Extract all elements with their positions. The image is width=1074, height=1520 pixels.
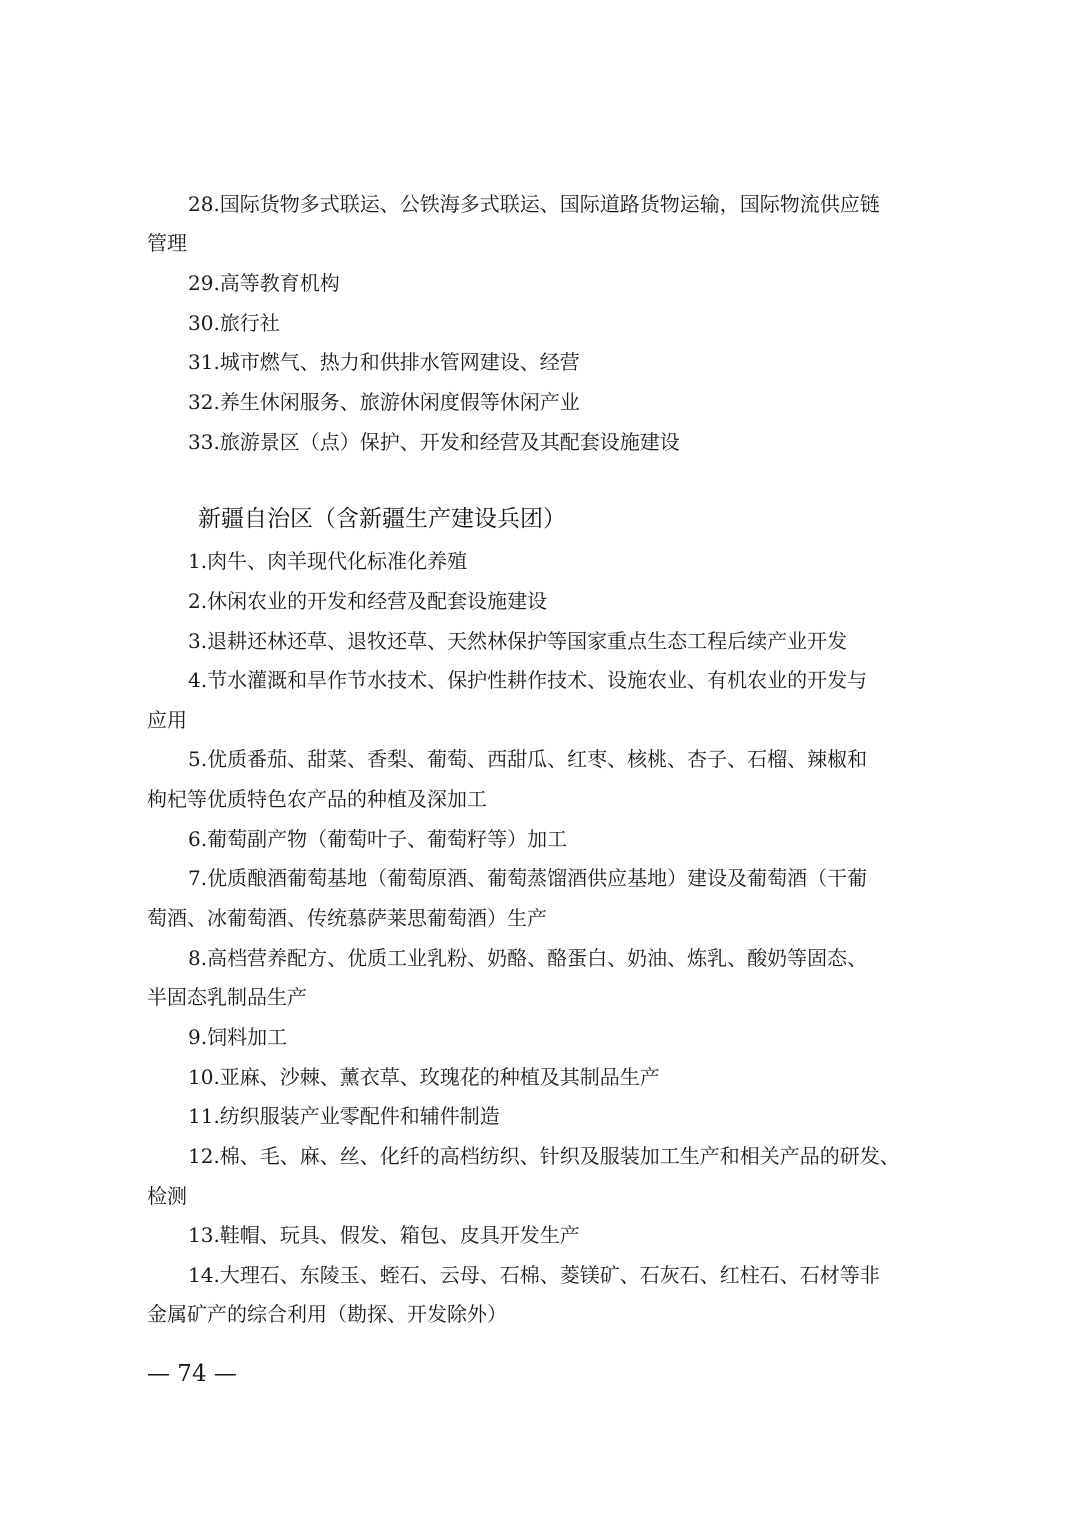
section-item-4-line-2: 应用: [147, 708, 187, 732]
section-item-8-line-1: 8.高档营养配方、优质工业乳粉、奶酪、酪蛋白、奶油、炼乳、酸奶等固态、: [188, 946, 867, 970]
section-item-12-line-1: 12.棉、毛、麻、丝、化纤的高档纺织、针织及服装加工生产和相关产品的研发、: [188, 1144, 900, 1168]
list-item-28-line-2: 管理: [147, 231, 187, 255]
list-item-30: 30.旅行社: [188, 311, 280, 335]
section-item-12-line-2: 检测: [147, 1184, 187, 1208]
section-item-14-line-1: 14.大理石、东陵玉、蛭石、云母、石棉、菱镁矿、石灰石、红柱石、石材等非: [188, 1263, 880, 1287]
section-item-5-line-2: 枸杞等优质特色农产品的种植及深加工: [147, 787, 487, 811]
section-item-3: 3.退耕还林还草、退牧还草、天然林保护等国家重点生态工程后续产业开发: [188, 629, 847, 653]
section-item-14-line-2: 金属矿产的综合利用（勘探、开发除外）: [147, 1302, 507, 1326]
section-item-4-line-1: 4.节水灌溉和旱作节水技术、保护性耕作技术、设施农业、有机农业的开发与: [188, 668, 867, 692]
section-item-7-line-1: 7.优质酿酒葡萄基地（葡萄原酒、葡萄蒸馏酒供应基地）建设及葡萄酒（干葡: [188, 866, 867, 890]
section-item-6: 6.葡萄副产物（葡萄叶子、葡萄籽等）加工: [188, 827, 567, 851]
document-page: 28.国际货物多式联运、公铁海多式联运、国际道路货物运输，国际物流供应链 管理 …: [0, 0, 1074, 1520]
list-item-32: 32.养生休闲服务、旅游休闲度假等休闲产业: [188, 390, 580, 414]
section-item-10: 10.亚麻、沙棘、薰衣草、玫瑰花的种植及其制品生产: [188, 1065, 660, 1089]
list-item-33: 33.旅游景区（点）保护、开发和经营及其配套设施建设: [188, 430, 680, 454]
section-item-1: 1.肉牛、肉羊现代化标准化养殖: [188, 549, 467, 573]
section-item-8-line-2: 半固态乳制品生产: [147, 985, 307, 1009]
section-item-5-line-1: 5.优质番茄、甜菜、香梨、葡萄、西甜瓜、红枣、核桃、杏子、石榴、辣椒和: [188, 747, 867, 771]
list-item-31: 31.城市燃气、热力和供排水管网建设、经营: [188, 350, 580, 374]
section-item-2: 2.休闲农业的开发和经营及配套设施建设: [188, 589, 547, 613]
page-number: — 74 —: [147, 1360, 237, 1388]
section-item-13: 13.鞋帽、玩具、假发、箱包、皮具开发生产: [188, 1223, 580, 1247]
list-item-28-line-1: 28.国际货物多式联运、公铁海多式联运、国际道路货物运输，国际物流供应链: [188, 192, 880, 216]
section-item-7-line-2: 萄酒、冰葡萄酒、传统慕萨莱思葡萄酒）生产: [147, 906, 547, 930]
section-item-11: 11.纺织服装产业零配件和辅件制造: [188, 1104, 500, 1128]
section-heading: 新疆自治区（含新疆生产建设兵团）: [198, 504, 566, 534]
section-item-9: 9.饲料加工: [188, 1025, 287, 1049]
list-item-29: 29.高等教育机构: [188, 271, 340, 295]
